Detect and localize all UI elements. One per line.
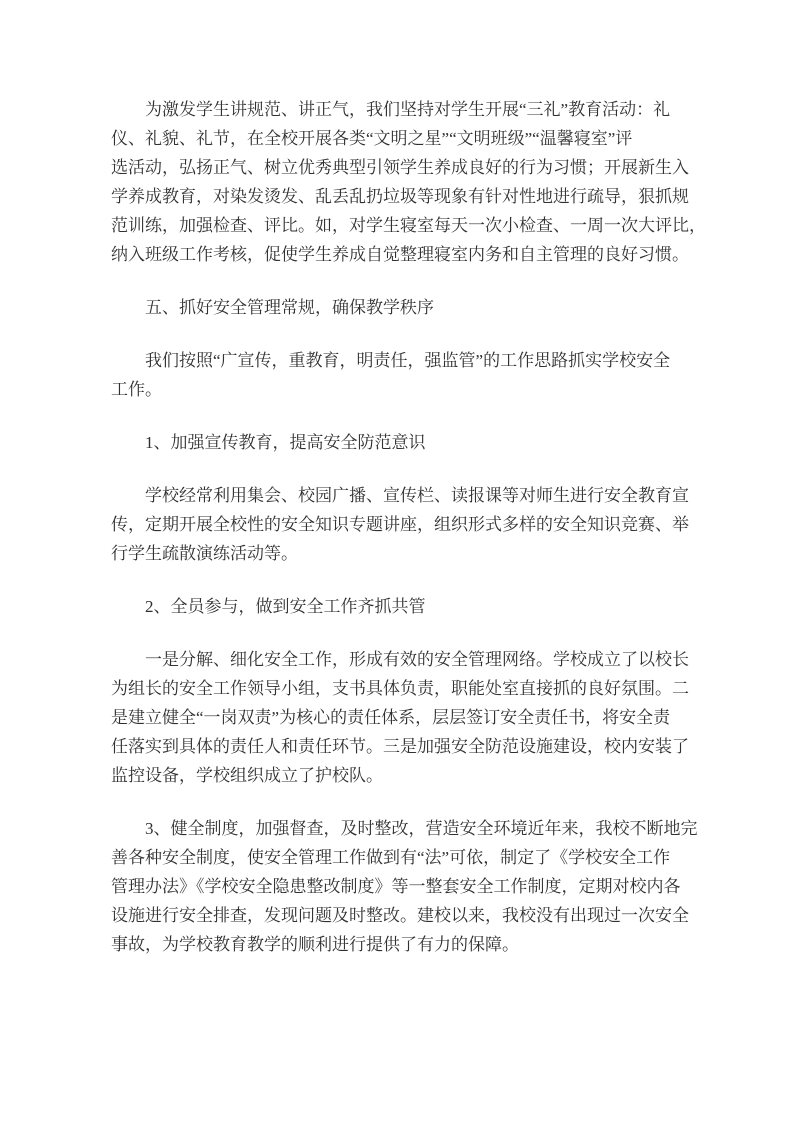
text-line: 监控设备，学校组织成立了护校队。 bbox=[111, 761, 689, 790]
text-line: 我们按照“广宣传，重教育，明责任，强监管”的工作思路抓实学校安全 bbox=[111, 346, 689, 375]
text-line: 纳入班级工作考核，促使学生养成自觉整理寝室内务和自主管理的良好习惯。 bbox=[111, 240, 689, 269]
text-line: 1、加强宣传教育，提高安全防范意识 bbox=[111, 428, 689, 457]
paragraph: 我们按照“广宣传，重教育，明责任，强监管”的工作思路抓实学校安全 工作。 bbox=[111, 346, 689, 404]
sub-heading: 1、加强宣传教育，提高安全防范意识 bbox=[111, 428, 689, 457]
text-line: 管理办法》《学校安全隐患整改制度》等一整套安全工作制度，定期对校内各 bbox=[111, 872, 689, 901]
text-line: 事故，为学校教育教学的顺利进行提供了有力的保障。 bbox=[111, 930, 689, 959]
paragraph: 为激发学生讲规范、讲正气，我们坚持对学生开展“三礼”教育活动：礼 仪、礼貌、礼节… bbox=[111, 95, 689, 269]
text-line: 2、全员参与，做到安全工作齐抓共管 bbox=[111, 592, 689, 621]
text-line: 任落实到具体的责任人和责任环节。三是加强安全防范设施建设，校内安装了 bbox=[111, 732, 689, 761]
text-line: 行学生疏散演练活动等。 bbox=[111, 539, 689, 568]
text-line: 是建立健全“一岗双责”为核心的责任体系，层层签订安全责任书，将安全责 bbox=[111, 703, 689, 732]
paragraph: 3、健全制度，加强督查，及时整改，营造安全环境近年来，我校不断地完 善各种安全制… bbox=[111, 814, 689, 959]
paragraph: 学校经常利用集会、校园广播、宣传栏、读报课等对师生进行安全教育宣 传，定期开展全… bbox=[111, 481, 689, 568]
section-heading: 五、抓好安全管理常规，确保教学秩序 bbox=[111, 293, 689, 322]
paragraph: 一是分解、细化安全工作，形成有效的安全管理网络。学校成立了以校长 为组长的安全工… bbox=[111, 645, 689, 790]
document-page: 为激发学生讲规范、讲正气，我们坚持对学生开展“三礼”教育活动：礼 仪、礼貌、礼节… bbox=[0, 0, 800, 1131]
text-line: 学校经常利用集会、校园广播、宣传栏、读报课等对师生进行安全教育宣 bbox=[111, 481, 689, 510]
text-line: 五、抓好安全管理常规，确保教学秩序 bbox=[111, 293, 689, 322]
text-line: 范训练，加强检查、评比。如，对学生寝室每天一次小检查、一周一次大评比， bbox=[111, 211, 689, 240]
text-line: 3、健全制度，加强督查，及时整改，营造安全环境近年来，我校不断地完 bbox=[111, 814, 689, 843]
text-line: 传，定期开展全校性的安全知识专题讲座，组织形式多样的安全知识竞赛、举 bbox=[111, 510, 689, 539]
text-line: 学养成教育，对染发烫发、乱丢乱扔垃圾等现象有针对性地进行疏导，狠抓规 bbox=[111, 182, 689, 211]
text-line: 一是分解、细化安全工作，形成有效的安全管理网络。学校成立了以校长 bbox=[111, 645, 689, 674]
sub-heading: 2、全员参与，做到安全工作齐抓共管 bbox=[111, 592, 689, 621]
text-line: 为激发学生讲规范、讲正气，我们坚持对学生开展“三礼”教育活动：礼 bbox=[111, 95, 689, 124]
text-line: 善各种安全制度，使安全管理工作做到有“法”可依，制定了《学校安全工作 bbox=[111, 843, 689, 872]
text-line: 设施进行安全排查，发现问题及时整改。建校以来，我校没有出现过一次安全 bbox=[111, 901, 689, 930]
text-line: 选活动，弘扬正气、树立优秀典型引领学生养成良好的行为习惯；开展新生入 bbox=[111, 153, 689, 182]
text-line: 工作。 bbox=[111, 375, 689, 404]
text-line: 仪、礼貌、礼节，在全校开展各类“文明之星”“文明班级”“温馨寝室”评 bbox=[111, 124, 689, 153]
text-line: 为组长的安全工作领导小组，支书具体负责，职能处室直接抓的良好氛围。二 bbox=[111, 674, 689, 703]
